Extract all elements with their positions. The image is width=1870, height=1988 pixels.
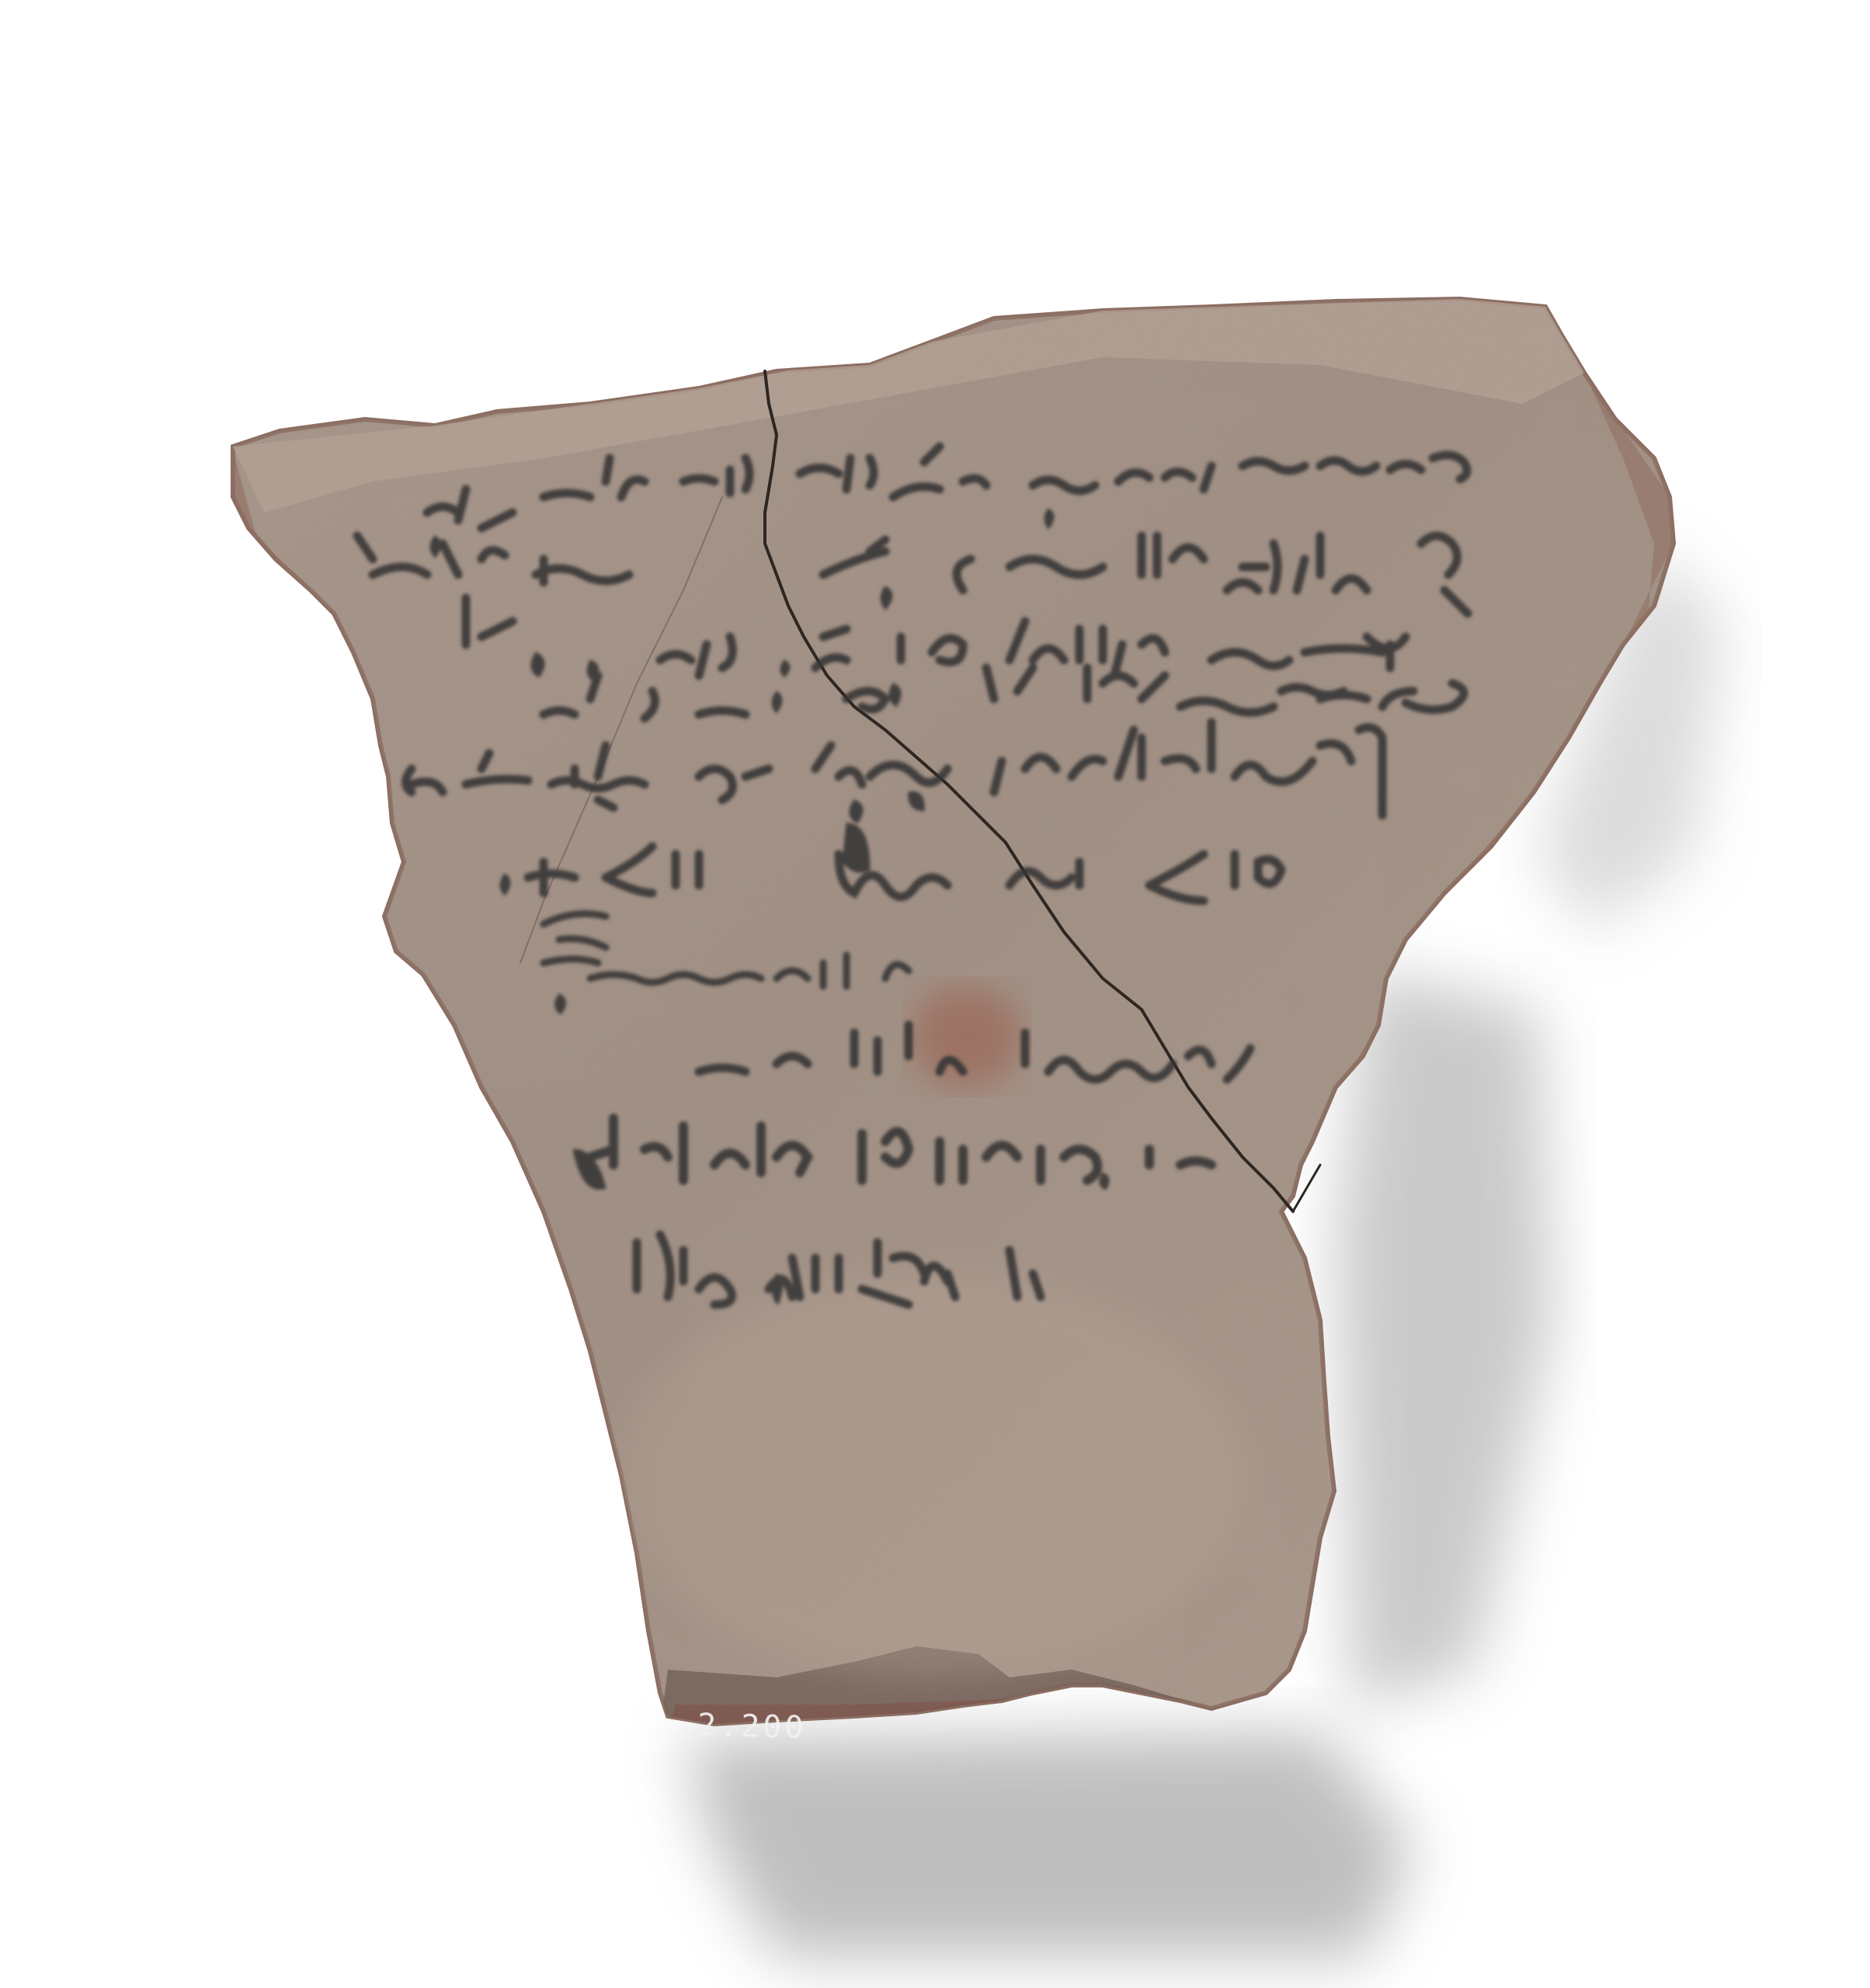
photo-stage: …2.200 Ostracon (pottery sherd) with ink…: [0, 0, 1870, 1988]
ostracon-photo: [0, 0, 1870, 1988]
museum-registration-number: …2.200: [675, 1707, 807, 1746]
